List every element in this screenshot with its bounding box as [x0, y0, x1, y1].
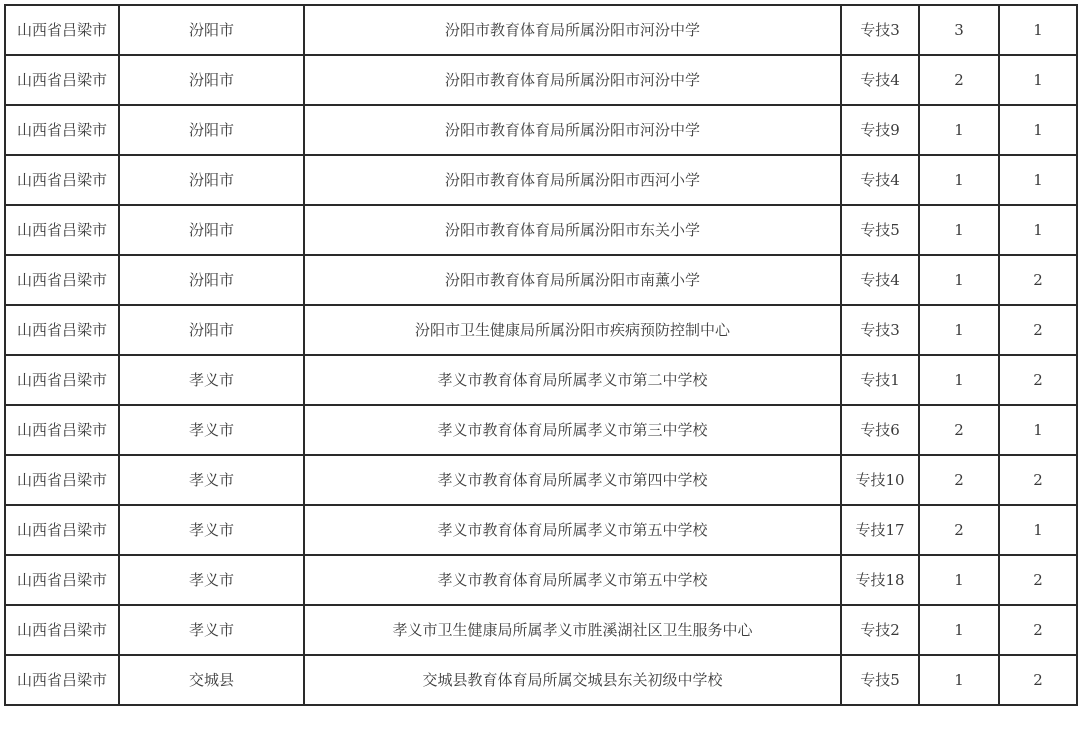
post-code-cell: 专技2 — [841, 605, 919, 655]
post-code-cell: 专技5 — [841, 205, 919, 255]
count-b-cell: 1 — [999, 105, 1077, 155]
province-cell: 山西省吕梁市 — [5, 555, 119, 605]
unit-cell: 孝义市卫生健康局所属孝义市胜溪湖社区卫生服务中心 — [304, 605, 841, 655]
unit-cell: 汾阳市教育体育局所属汾阳市西河小学 — [304, 155, 841, 205]
post-code-cell: 专技1 — [841, 355, 919, 405]
count-a-cell: 1 — [919, 655, 999, 705]
table-row: 山西省吕梁市孝义市孝义市教育体育局所属孝义市第三中学校专技621 — [5, 405, 1077, 455]
post-code-cell: 专技17 — [841, 505, 919, 555]
province-cell: 山西省吕梁市 — [5, 355, 119, 405]
city-cell: 孝义市 — [119, 455, 304, 505]
city-cell: 汾阳市 — [119, 305, 304, 355]
table-row: 山西省吕梁市汾阳市汾阳市教育体育局所属汾阳市河汾中学专技421 — [5, 55, 1077, 105]
province-cell: 山西省吕梁市 — [5, 605, 119, 655]
count-a-cell: 1 — [919, 555, 999, 605]
city-cell: 孝义市 — [119, 555, 304, 605]
table-row: 山西省吕梁市孝义市孝义市教育体育局所属孝义市第二中学校专技112 — [5, 355, 1077, 405]
table-row: 山西省吕梁市汾阳市汾阳市教育体育局所属汾阳市河汾中学专技331 — [5, 5, 1077, 55]
province-cell: 山西省吕梁市 — [5, 205, 119, 255]
table-row: 山西省吕梁市汾阳市汾阳市教育体育局所属汾阳市河汾中学专技911 — [5, 105, 1077, 155]
city-cell: 汾阳市 — [119, 155, 304, 205]
count-a-cell: 3 — [919, 5, 999, 55]
table-row: 山西省吕梁市孝义市孝义市教育体育局所属孝义市第四中学校专技1022 — [5, 455, 1077, 505]
unit-cell: 汾阳市教育体育局所属汾阳市河汾中学 — [304, 5, 841, 55]
province-cell: 山西省吕梁市 — [5, 155, 119, 205]
table-row: 山西省吕梁市汾阳市汾阳市卫生健康局所属汾阳市疾病预防控制中心专技312 — [5, 305, 1077, 355]
count-b-cell: 2 — [999, 305, 1077, 355]
unit-cell: 孝义市教育体育局所属孝义市第五中学校 — [304, 555, 841, 605]
city-cell: 孝义市 — [119, 405, 304, 455]
unit-cell: 汾阳市教育体育局所属汾阳市东关小学 — [304, 205, 841, 255]
count-b-cell: 2 — [999, 255, 1077, 305]
province-cell: 山西省吕梁市 — [5, 55, 119, 105]
unit-cell: 汾阳市教育体育局所属汾阳市河汾中学 — [304, 55, 841, 105]
count-b-cell: 1 — [999, 505, 1077, 555]
unit-cell: 孝义市教育体育局所属孝义市第二中学校 — [304, 355, 841, 405]
count-a-cell: 2 — [919, 455, 999, 505]
post-code-cell: 专技3 — [841, 5, 919, 55]
count-a-cell: 2 — [919, 405, 999, 455]
count-b-cell: 2 — [999, 555, 1077, 605]
unit-cell: 汾阳市教育体育局所属汾阳市南薰小学 — [304, 255, 841, 305]
province-cell: 山西省吕梁市 — [5, 305, 119, 355]
post-code-cell: 专技4 — [841, 55, 919, 105]
unit-cell: 孝义市教育体育局所属孝义市第三中学校 — [304, 405, 841, 455]
count-b-cell: 1 — [999, 405, 1077, 455]
count-b-cell: 1 — [999, 55, 1077, 105]
province-cell: 山西省吕梁市 — [5, 655, 119, 705]
count-a-cell: 1 — [919, 355, 999, 405]
province-cell: 山西省吕梁市 — [5, 255, 119, 305]
city-cell: 汾阳市 — [119, 205, 304, 255]
unit-cell: 孝义市教育体育局所属孝义市第五中学校 — [304, 505, 841, 555]
unit-cell: 孝义市教育体育局所属孝义市第四中学校 — [304, 455, 841, 505]
count-b-cell: 2 — [999, 655, 1077, 705]
count-a-cell: 1 — [919, 205, 999, 255]
positions-table: 山西省吕梁市汾阳市汾阳市教育体育局所属汾阳市河汾中学专技331山西省吕梁市汾阳市… — [4, 4, 1078, 706]
table-row: 山西省吕梁市孝义市孝义市教育体育局所属孝义市第五中学校专技1812 — [5, 555, 1077, 605]
table-row: 山西省吕梁市汾阳市汾阳市教育体育局所属汾阳市南薰小学专技412 — [5, 255, 1077, 305]
city-cell: 汾阳市 — [119, 255, 304, 305]
count-b-cell: 2 — [999, 605, 1077, 655]
count-a-cell: 1 — [919, 255, 999, 305]
count-a-cell: 1 — [919, 105, 999, 155]
city-cell: 孝义市 — [119, 505, 304, 555]
count-b-cell: 1 — [999, 5, 1077, 55]
province-cell: 山西省吕梁市 — [5, 405, 119, 455]
city-cell: 汾阳市 — [119, 5, 304, 55]
city-cell: 汾阳市 — [119, 55, 304, 105]
post-code-cell: 专技18 — [841, 555, 919, 605]
province-cell: 山西省吕梁市 — [5, 105, 119, 155]
count-a-cell: 2 — [919, 505, 999, 555]
post-code-cell: 专技4 — [841, 155, 919, 205]
count-b-cell: 1 — [999, 155, 1077, 205]
unit-cell: 交城县教育体育局所属交城县东关初级中学校 — [304, 655, 841, 705]
post-code-cell: 专技5 — [841, 655, 919, 705]
city-cell: 孝义市 — [119, 355, 304, 405]
table-row: 山西省吕梁市孝义市孝义市卫生健康局所属孝义市胜溪湖社区卫生服务中心专技212 — [5, 605, 1077, 655]
count-b-cell: 1 — [999, 205, 1077, 255]
post-code-cell: 专技9 — [841, 105, 919, 155]
table-row: 山西省吕梁市汾阳市汾阳市教育体育局所属汾阳市西河小学专技411 — [5, 155, 1077, 205]
province-cell: 山西省吕梁市 — [5, 5, 119, 55]
city-cell: 交城县 — [119, 655, 304, 705]
table-body: 山西省吕梁市汾阳市汾阳市教育体育局所属汾阳市河汾中学专技331山西省吕梁市汾阳市… — [5, 5, 1077, 705]
table-row: 山西省吕梁市汾阳市汾阳市教育体育局所属汾阳市东关小学专技511 — [5, 205, 1077, 255]
province-cell: 山西省吕梁市 — [5, 505, 119, 555]
count-a-cell: 1 — [919, 155, 999, 205]
count-a-cell: 1 — [919, 305, 999, 355]
count-a-cell: 2 — [919, 55, 999, 105]
post-code-cell: 专技3 — [841, 305, 919, 355]
count-b-cell: 2 — [999, 355, 1077, 405]
count-b-cell: 2 — [999, 455, 1077, 505]
city-cell: 汾阳市 — [119, 105, 304, 155]
post-code-cell: 专技10 — [841, 455, 919, 505]
count-a-cell: 1 — [919, 605, 999, 655]
positions-table-container: 山西省吕梁市汾阳市汾阳市教育体育局所属汾阳市河汾中学专技331山西省吕梁市汾阳市… — [4, 4, 1078, 706]
city-cell: 孝义市 — [119, 605, 304, 655]
table-row: 山西省吕梁市孝义市孝义市教育体育局所属孝义市第五中学校专技1721 — [5, 505, 1077, 555]
unit-cell: 汾阳市教育体育局所属汾阳市河汾中学 — [304, 105, 841, 155]
post-code-cell: 专技6 — [841, 405, 919, 455]
post-code-cell: 专技4 — [841, 255, 919, 305]
province-cell: 山西省吕梁市 — [5, 455, 119, 505]
table-row: 山西省吕梁市交城县交城县教育体育局所属交城县东关初级中学校专技512 — [5, 655, 1077, 705]
unit-cell: 汾阳市卫生健康局所属汾阳市疾病预防控制中心 — [304, 305, 841, 355]
